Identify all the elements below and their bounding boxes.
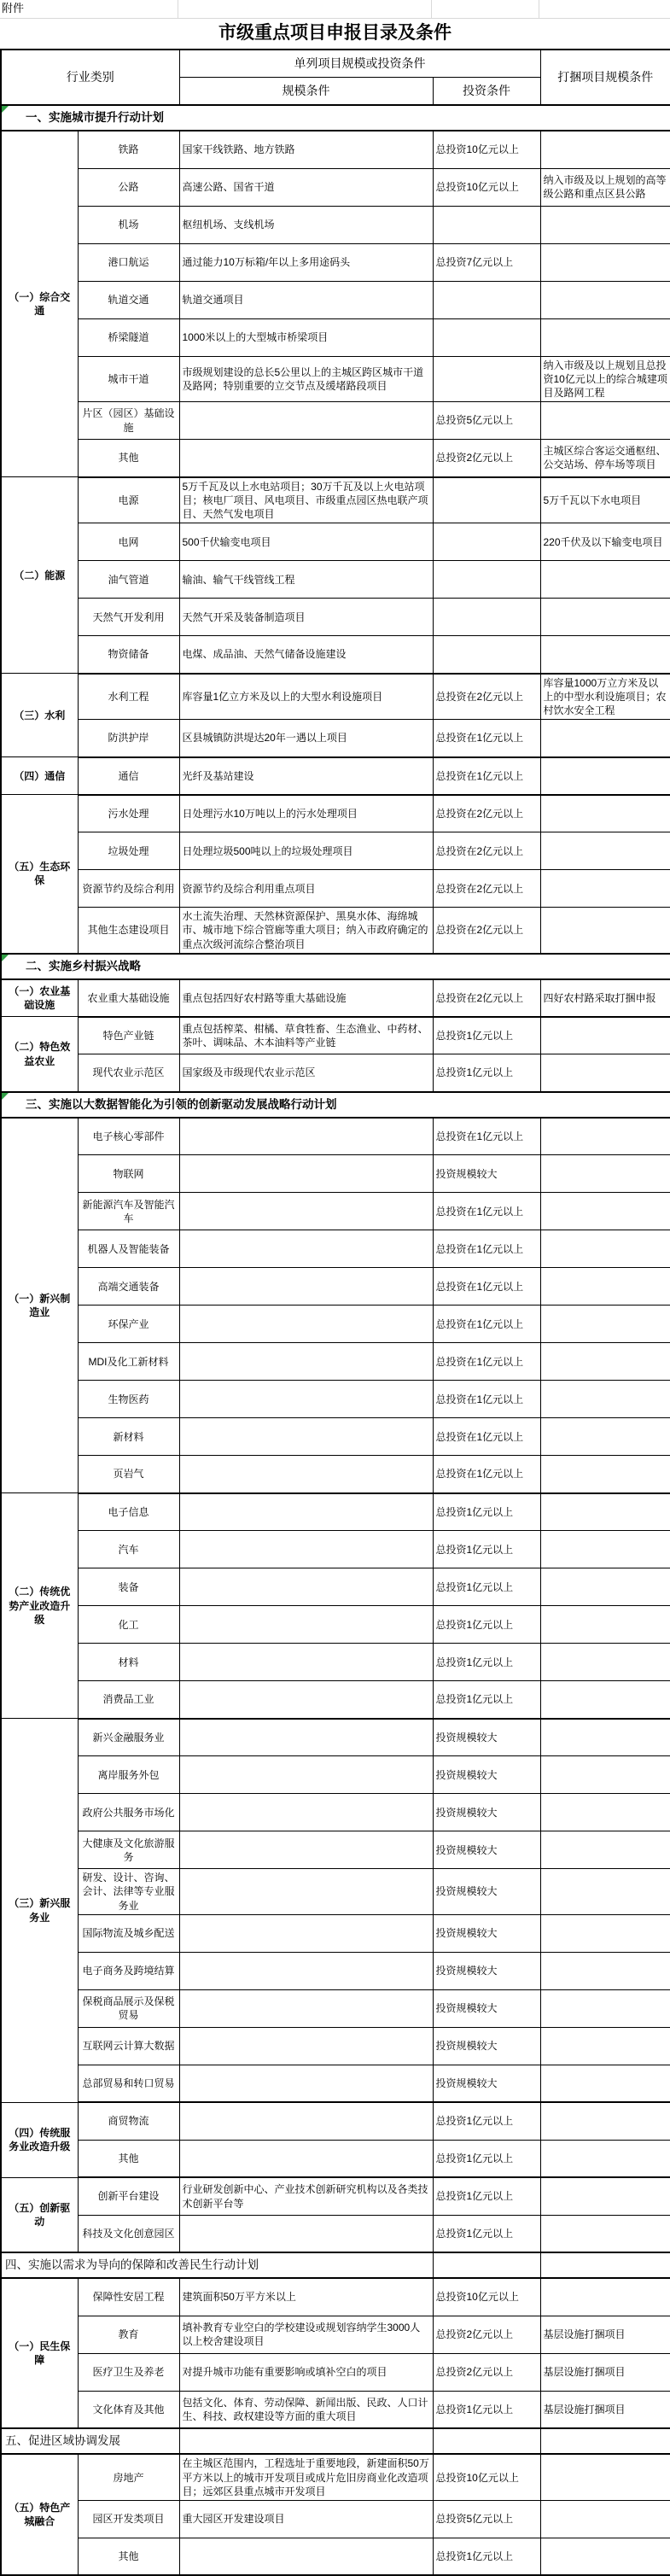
scale-condition-cell (179, 1456, 433, 1493)
invest-condition-cell: 总投资1亿元以上 (433, 2391, 540, 2428)
invest-condition-cell: 总投资在1亿元以上 (433, 1306, 540, 1343)
bundle-condition-cell (540, 318, 670, 356)
invest-condition-cell: 总投资7亿元以上 (433, 243, 540, 281)
table-row: 桥梁隧道1000米以上的大型城市桥梁项目 (1, 318, 670, 356)
bundle-condition-cell (540, 1794, 670, 1831)
bundle-condition-cell: 5万千瓦以下水电项目 (540, 477, 670, 523)
bundle-condition-cell (540, 1869, 670, 1915)
group-label-cell: （二）传统优势产业改造升级 (1, 1493, 78, 1719)
invest-condition-cell (433, 523, 540, 561)
subcategory-cell: 机器人及智能装备 (78, 1230, 179, 1268)
subcategory-cell: 物资储备 (78, 636, 179, 674)
table-row: 公路高速公路、国省干道总投资10亿元以上纳入市级及以上规划的高等级公路和重点区县… (1, 168, 670, 206)
invest-condition-cell: 投资规模较大 (433, 1869, 540, 1915)
subcategory-cell: 水利工程 (78, 674, 179, 720)
table-row: MDI及化工新材料总投资在1亿元以上 (1, 1343, 670, 1381)
scale-condition-cell (179, 1914, 433, 1952)
section-row: 五、促进区域协调发展 (1, 2428, 670, 2454)
subcategory-cell: 互联网云计算大数据 (78, 2027, 179, 2065)
scale-condition-cell: 输油、输气干线管线工程 (179, 561, 433, 599)
subcategory-cell: 其他生态建设项目 (78, 908, 179, 954)
subcategory-cell: 电子信息 (78, 1493, 179, 1531)
table-row: （四）传统服务业改造升级商贸物流总投资1亿元以上 (1, 2102, 670, 2140)
scale-condition-cell: 区县城镇防洪堤达20年一遇以上项目 (179, 720, 433, 757)
invest-condition-cell: 总投资在2亿元以上 (433, 870, 540, 908)
table-row: （一）新兴制造业电子核心零部件总投资在1亿元以上 (1, 1118, 670, 1155)
bundle-condition-cell (540, 1381, 670, 1418)
subcategory-cell: 环保产业 (78, 1306, 179, 1343)
table-row: 消费品工业总投资1亿元以上 (1, 1681, 670, 1719)
invest-condition-cell: 投资规模较大 (433, 1756, 540, 1794)
subcategory-cell: 高端交通装备 (78, 1268, 179, 1306)
subcategory-cell: 商贸物流 (78, 2102, 179, 2140)
page-title: 市级重点项目申报目录及条件 (0, 19, 670, 49)
bundle-condition-cell (540, 1531, 670, 1568)
subcategory-cell: 化工 (78, 1606, 179, 1644)
cell-error-marker-icon (2, 955, 9, 961)
scale-condition-cell (179, 1531, 433, 1568)
col-header-invest: 投资条件 (433, 78, 540, 106)
subcategory-cell: 政府公共服务市场化 (78, 1794, 179, 1831)
scale-condition-cell: 建筑面积50万平方米以上 (179, 2278, 433, 2316)
table-row: （三）新兴服务业新兴金融服务业投资规模较大 (1, 1719, 670, 1756)
table-row: 油气管道输油、输气干线管线工程 (1, 561, 670, 599)
bundle-condition-cell (540, 795, 670, 832)
subcategory-cell: 总部贸易和转口贸易 (78, 2065, 179, 2102)
scale-condition-cell: 500千伏输变电项目 (179, 523, 433, 561)
bundle-condition-cell (540, 1568, 670, 1606)
bundle-condition-cell (540, 832, 670, 870)
table-row: 电网500千伏输变电项目220千伏及以下输变电项目 (1, 523, 670, 561)
invest-condition-cell: 投资规模较大 (433, 1914, 540, 1952)
table-row: 片区（园区）基础设施总投资5亿元以上 (1, 402, 670, 440)
subcategory-cell: 油气管道 (78, 561, 179, 599)
subcategory-cell: 研发、设计、咨询、会计、法律等专业服务业 (78, 1869, 179, 1915)
invest-condition-cell: 总投资1亿元以上 (433, 1568, 540, 1606)
table-row: （二）传统优势产业改造升级电子信息总投资1亿元以上 (1, 1493, 670, 1531)
table-row: 其他总投资1亿元以上 (1, 2538, 670, 2575)
invest-condition-cell: 总投资10亿元以上 (433, 2454, 540, 2500)
invest-condition-cell: 总投资在1亿元以上 (433, 720, 540, 757)
bundle-condition-cell (540, 1989, 670, 2027)
scale-condition-cell (179, 2027, 433, 2065)
table-row: 汽车总投资1亿元以上 (1, 1531, 670, 1568)
bundle-condition-cell (540, 1914, 670, 1952)
scale-condition-cell: 枢纽机场、支线机场 (179, 206, 433, 243)
bundle-condition-cell (540, 1681, 670, 1719)
group-label-cell: （一）综合交通 (1, 131, 78, 477)
col-header-single-project: 单列项目规模或投资条件 (179, 50, 540, 78)
subcategory-cell: 生物医药 (78, 1381, 179, 1418)
invest-condition-cell: 投资规模较大 (433, 1719, 540, 1756)
cell-error-marker-icon (2, 1093, 9, 1100)
table-row: （五）特色产城融合房地产在主城区范围内，工程选址于重要地段，新建面积50万平方米… (1, 2454, 670, 2500)
invest-condition-cell: 总投资在2亿元以上 (433, 908, 540, 954)
invest-condition-cell: 总投资在1亿元以上 (433, 1381, 540, 1418)
scale-condition-cell: 库容量1亿立方米及以上的大型水利设施项目 (179, 674, 433, 720)
subcategory-cell: 防洪护岸 (78, 720, 179, 757)
group-label-cell: （一）农业基础设施 (1, 979, 78, 1017)
table-row: 政府公共服务市场化投资规模较大 (1, 1794, 670, 1831)
scale-condition-cell (179, 2215, 433, 2252)
subcategory-cell: 新材料 (78, 1418, 179, 1456)
scale-condition-cell: 通过能力10万标箱/年以上多用途码头 (179, 243, 433, 281)
invest-condition-cell: 总投资在1亿元以上 (433, 1118, 540, 1155)
subcategory-cell: 其他 (78, 440, 179, 477)
scale-condition-cell: 电煤、成品油、天然气储备设施建设 (179, 636, 433, 674)
table-row: 装备总投资1亿元以上 (1, 1568, 670, 1606)
section-title: 一、实施城市提升行动计划 (1, 105, 670, 131)
table-row: （一）民生保障保障性安居工程建筑面积50万平方米以上总投资10亿元以上 (1, 2278, 670, 2316)
subcategory-cell: 新能源汽车及智能汽车 (78, 1193, 179, 1230)
group-label-cell: （五）生态环保 (1, 795, 78, 954)
invest-condition-cell (433, 318, 540, 356)
invest-condition-cell: 投资规模较大 (433, 1794, 540, 1831)
invest-condition-cell: 总投资在1亿元以上 (433, 1193, 540, 1230)
scale-condition-cell (179, 1952, 433, 1989)
invest-condition-cell: 总投资2亿元以上 (433, 2316, 540, 2353)
invest-condition-cell: 投资规模较大 (433, 1155, 540, 1193)
project-directory-table: 行业类别 单列项目规模或投资条件 打捆项目规模条件 规模条件 投资条件 一、实施… (0, 49, 670, 2576)
scale-condition-cell: 高速公路、国省干道 (179, 168, 433, 206)
scale-condition-cell (179, 1869, 433, 1915)
invest-condition-cell: 总投资1亿元以上 (433, 1681, 540, 1719)
subcategory-cell: 医疗卫生及养老 (78, 2353, 179, 2391)
attachment-row: 附件 (0, 0, 670, 19)
table-row: 轨道交通轨道交通项目 (1, 281, 670, 318)
bundle-condition-cell (540, 1493, 670, 1531)
table-row: 保税商品展示及保税贸易投资规模较大 (1, 1989, 670, 2027)
scale-condition-cell (179, 2102, 433, 2140)
invest-condition-cell: 总投资1亿元以上 (433, 1644, 540, 1681)
subcategory-cell: 园区开发类项目 (78, 2500, 179, 2538)
scale-condition-cell: 对提升城市功能有重要影响或填补空白的项目 (179, 2353, 433, 2391)
bundle-condition-cell (540, 2027, 670, 2065)
group-label-cell: （一）新兴制造业 (1, 1118, 78, 1493)
subcategory-cell: 电子商务及跨境结算 (78, 1952, 179, 1989)
bundle-condition-cell (540, 1268, 670, 1306)
subcategory-cell: 片区（园区）基础设施 (78, 402, 179, 440)
subcategory-cell: 房地产 (78, 2454, 179, 2500)
bundle-condition-cell (540, 281, 670, 318)
scale-condition-cell: 重点包括榨菜、柑橘、草食牲畜、生态渔业、中药材、茶叶、调味品、木本油料等产业链 (179, 1017, 433, 1054)
scale-condition-cell (179, 1493, 433, 1531)
subcategory-cell: 保税商品展示及保税贸易 (78, 1989, 179, 2027)
scale-condition-cell: 国家级及市级现代农业示范区 (179, 1054, 433, 1092)
section-row: 三、实施以大数据智能化为引领的创新驱动发展战略行动计划 (1, 1092, 670, 1118)
subcategory-cell: 铁路 (78, 131, 179, 168)
table-row: 天然气开发利用天然气开采及装备制造项目 (1, 599, 670, 636)
invest-condition-cell (433, 477, 540, 523)
grid-cell (539, 0, 670, 18)
table-row: 生物医药总投资在1亿元以上 (1, 1381, 670, 1418)
bundle-condition-cell (540, 1418, 670, 1456)
section-title: 三、实施以大数据智能化为引领的创新驱动发展战略行动计划 (1, 1092, 670, 1118)
invest-condition-cell: 总投资10亿元以上 (433, 2278, 540, 2316)
group-label-cell: （五）创新驱动 (1, 2177, 78, 2252)
table-row: 页岩气总投资在1亿元以上 (1, 1456, 670, 1493)
table-row: 离岸服务外包投资规模较大 (1, 1756, 670, 1794)
scale-condition-cell (179, 1306, 433, 1343)
subcategory-cell: 科技及文化创意园区 (78, 2215, 179, 2252)
scale-condition-cell (179, 1230, 433, 1268)
bundle-condition-cell (540, 2177, 670, 2215)
bundle-condition-cell (540, 2500, 670, 2538)
bundle-condition-cell (540, 1017, 670, 1054)
bundle-condition-cell (540, 1831, 670, 1869)
table-row: 园区开发类项目重大园区开发建设项目总投资5亿元以上 (1, 2500, 670, 2538)
group-label-cell: （三）新兴服务业 (1, 1719, 78, 2103)
table-row: 国际物流及城乡配送投资规模较大 (1, 1914, 670, 1952)
table-row: 城市干道市级规划建设的总长5公里以上的主城区跨区城市干道及路网；特别重要的立交节… (1, 356, 670, 402)
table-row: （二）特色效益农业特色产业链重点包括榨菜、柑橘、草食牲畜、生态渔业、中药材、茶叶… (1, 1017, 670, 1054)
subcategory-cell: 垃圾处理 (78, 832, 179, 870)
group-label-cell: （五）特色产城融合 (1, 2454, 78, 2575)
table-row: 资源节约及综合利用资源节约及综合利用重点项目总投资在2亿元以上 (1, 870, 670, 908)
scale-condition-cell (179, 2538, 433, 2575)
bundle-condition-cell (540, 1118, 670, 1155)
invest-condition-cell: 总投资在1亿元以上 (433, 1418, 540, 1456)
invest-condition-cell: 总投资5亿元以上 (433, 402, 540, 440)
scale-condition-cell: 行业研发创新中心、产业技术创新研究机构以及各类技术创新平台等 (179, 2177, 433, 2215)
bundle-condition-cell (540, 1719, 670, 1756)
bundle-condition-cell (540, 1343, 670, 1381)
bundle-condition-cell (540, 908, 670, 954)
scale-condition-cell (179, 440, 433, 477)
bundle-condition-cell: 纳入市级及以上规划且总投资10亿元以上的综合城建项目及路网工程 (540, 356, 670, 402)
subcategory-cell: 天然气开发利用 (78, 599, 179, 636)
invest-condition-cell: 总投资1亿元以上 (433, 2177, 540, 2215)
scale-condition-cell (179, 1756, 433, 1794)
scale-condition-cell: 资源节约及综合利用重点项目 (179, 870, 433, 908)
scale-condition-cell: 市级规划建设的总长5公里以上的主城区跨区城市干道及路网；特别重要的立交节点及缓堵… (179, 356, 433, 402)
subcategory-cell: 装备 (78, 1568, 179, 1606)
bundle-condition-cell: 基层设施打捆项目 (540, 2391, 670, 2428)
scale-condition-cell (179, 1193, 433, 1230)
scale-condition-cell: 重点包括四好农村路等重大基础设施 (179, 979, 433, 1017)
invest-condition-cell: 总投资1亿元以上 (433, 2140, 540, 2177)
grid-cell (178, 0, 432, 18)
table-row: 现代农业示范区国家级及市级现代农业示范区总投资1亿元以上 (1, 1054, 670, 1092)
section-title: 四、实施以需求为导向的保障和改善民生行动计划 (1, 2252, 433, 2278)
bundle-condition-cell (540, 599, 670, 636)
table-row: 化工总投资1亿元以上 (1, 1606, 670, 1644)
subcategory-cell: 电子核心零部件 (78, 1118, 179, 1155)
invest-condition-cell: 总投资在1亿元以上 (433, 1230, 540, 1268)
subcategory-cell: 消费品工业 (78, 1681, 179, 1719)
subcategory-cell: 其他 (78, 2140, 179, 2177)
header-row-1: 行业类别 单列项目规模或投资条件 打捆项目规模条件 (1, 50, 670, 78)
scale-condition-cell: 天然气开采及装备制造项目 (179, 599, 433, 636)
table-row: （四）通信通信光纤及基站建设总投资在1亿元以上 (1, 757, 670, 795)
subcategory-cell: 材料 (78, 1644, 179, 1681)
section-row: 四、实施以需求为导向的保障和改善民生行动计划 (1, 2252, 670, 2278)
invest-condition-cell: 总投资在1亿元以上 (433, 757, 540, 795)
bundle-condition-cell (540, 206, 670, 243)
invest-condition-cell (433, 561, 540, 599)
bundle-condition-cell (540, 870, 670, 908)
cell-error-marker-icon (2, 106, 9, 113)
bundle-condition-cell: 基层设施打捆项目 (540, 2353, 670, 2391)
invest-condition-cell: 总投资1亿元以上 (433, 2215, 540, 2252)
scale-condition-cell: 光纤及基站建设 (179, 757, 433, 795)
table-row: 物联网投资规模较大 (1, 1155, 670, 1193)
invest-condition-cell: 投资规模较大 (433, 1952, 540, 1989)
scale-condition-cell (179, 1606, 433, 1644)
bundle-condition-cell (540, 131, 670, 168)
bundle-condition-cell (540, 1306, 670, 1343)
subcategory-cell: 通信 (78, 757, 179, 795)
subcategory-cell: 教育 (78, 2316, 179, 2353)
bundle-condition-cell (540, 636, 670, 674)
scale-condition-cell (179, 1719, 433, 1756)
table-row: （五）创新驱动创新平台建设行业研发创新中心、产业技术创新研究机构以及各类技术创新… (1, 2177, 670, 2215)
subcategory-cell: 保障性安居工程 (78, 2278, 179, 2316)
bundle-condition-cell: 四好农村路采取打捆申报 (540, 979, 670, 1017)
scale-condition-cell: 填补教育专业空白的学校建设或规划容纳学生3000人以上校舍建设项目 (179, 2316, 433, 2353)
invest-condition-cell: 总投资在2亿元以上 (433, 674, 540, 720)
invest-condition-cell (433, 281, 540, 318)
scale-condition-cell (179, 2065, 433, 2102)
table-row: 互联网云计算大数据投资规模较大 (1, 2027, 670, 2065)
bundle-condition-cell (540, 1756, 670, 1794)
invest-condition-cell (433, 636, 540, 674)
invest-condition-cell: 总投资在1亿元以上 (433, 1268, 540, 1306)
invest-condition-cell: 总投资在1亿元以上 (433, 1343, 540, 1381)
table-row: （一）综合交通铁路国家干线铁路、地方铁路总投资10亿元以上 (1, 131, 670, 168)
scale-condition-cell (179, 1644, 433, 1681)
bundle-condition-cell (540, 2278, 670, 2316)
bundle-condition-cell (540, 1644, 670, 1681)
scale-condition-cell: 日处理垃圾500吨以上的垃圾处理项目 (179, 832, 433, 870)
invest-condition-cell: 总投资10亿元以上 (433, 168, 540, 206)
subcategory-cell: 资源节约及综合利用 (78, 870, 179, 908)
invest-condition-cell: 总投资1亿元以上 (433, 2538, 540, 2575)
invest-condition-cell: 总投资10亿元以上 (433, 131, 540, 168)
invest-condition-cell: 总投资1亿元以上 (433, 1054, 540, 1092)
table-row: 物资储备电煤、成品油、天然气储备设施建设 (1, 636, 670, 674)
table-row: 文化体育及其他包括文化、体育、劳动保障、新闻出版、民政、人口计生、科技、政权建设… (1, 2391, 670, 2428)
invest-condition-cell: 投资规模较大 (433, 2027, 540, 2065)
bundle-condition-cell (540, 1054, 670, 1092)
table-row: 新能源汽车及智能汽车总投资在1亿元以上 (1, 1193, 670, 1230)
scale-condition-cell: 5万千瓦及以上水电站项目；30万千瓦及以上火电站项目；核电厂项目、风电项目、市级… (179, 477, 433, 523)
empty-cell (433, 2428, 540, 2454)
invest-condition-cell: 总投资5亿元以上 (433, 2500, 540, 2538)
empty-cell (433, 2252, 540, 2278)
table-row: 教育填补教育专业空白的学校建设或规划容纳学生3000人以上校舍建设项目总投资2亿… (1, 2316, 670, 2353)
group-label-cell: （三）水利 (1, 674, 78, 757)
invest-condition-cell: 投资规模较大 (433, 1989, 540, 2027)
subcategory-cell: 公路 (78, 168, 179, 206)
table-row: （二）能源电源5万千瓦及以上水电站项目；30万千瓦及以上火电站项目；核电厂项目、… (1, 477, 670, 523)
col-header-bundled: 打捆项目规模条件 (540, 50, 670, 105)
invest-condition-cell: 投资规模较大 (433, 1831, 540, 1869)
scale-condition-cell (179, 1118, 433, 1155)
table-row: 大健康及文化旅游服务投资规模较大 (1, 1831, 670, 1869)
invest-condition-cell (433, 356, 540, 402)
document-page: 附件 市级重点项目申报目录及条件 行业类别 单列项目规模或投资条件 打捆项目规模… (0, 0, 670, 2576)
table-row: 其他总投资1亿元以上 (1, 2140, 670, 2177)
subcategory-cell: 特色产业链 (78, 1017, 179, 1054)
bundle-condition-cell (540, 561, 670, 599)
table-row: 环保产业总投资在1亿元以上 (1, 1306, 670, 1343)
scale-condition-cell: 轨道交通项目 (179, 281, 433, 318)
scale-condition-cell: 包括文化、体育、劳动保障、新闻出版、民政、人口计生、科技、政权建设等方面的重大项… (179, 2391, 433, 2428)
invest-condition-cell: 总投资1亿元以上 (433, 1606, 540, 1644)
bundle-condition-cell (540, 1155, 670, 1193)
section-row: 一、实施城市提升行动计划 (1, 105, 670, 131)
scale-condition-cell (179, 1568, 433, 1606)
table-row: 总部贸易和转口贸易投资规模较大 (1, 2065, 670, 2102)
table-row: 医疗卫生及养老对提升城市功能有重要影响或填补空白的项目总投资2亿元以上基层设施打… (1, 2353, 670, 2391)
bundle-condition-cell (540, 2065, 670, 2102)
section-title: 二、实施乡村振兴战略 (1, 954, 670, 979)
attachment-label: 附件 (0, 0, 178, 18)
table-row: （五）生态环保污水处理日处理污水10万吨以上的污水处理项目总投资在2亿元以上 (1, 795, 670, 832)
scale-condition-cell: 国家干线铁路、地方铁路 (179, 131, 433, 168)
subcategory-cell: 机场 (78, 206, 179, 243)
subcategory-cell: 电网 (78, 523, 179, 561)
bundle-condition-cell: 基层设施打捆项目 (540, 2316, 670, 2353)
table-row: 机场枢纽机场、支线机场 (1, 206, 670, 243)
col-header-scale: 规模条件 (179, 78, 433, 106)
invest-condition-cell: 总投资2亿元以上 (433, 2353, 540, 2391)
scale-condition-cell (179, 1343, 433, 1381)
bundle-condition-cell (540, 1606, 670, 1644)
bundle-condition-cell (540, 243, 670, 281)
invest-condition-cell: 投资规模较大 (433, 2065, 540, 2102)
invest-condition-cell: 总投资在1亿元以上 (433, 1456, 540, 1493)
scale-condition-cell (179, 1989, 433, 2027)
group-label-cell: （四）传统服务业改造升级 (1, 2102, 78, 2177)
scale-condition-cell: 在主城区范围内，工程选址于重要地段，新建面积50万平方米以上的城市开发项目或成片… (179, 2454, 433, 2500)
scale-condition-cell (179, 1794, 433, 1831)
table-row: 港口航运通过能力10万标箱/年以上多用途码头总投资7亿元以上 (1, 243, 670, 281)
bundle-condition-cell (540, 1193, 670, 1230)
empty-cell (179, 2428, 433, 2454)
invest-condition-cell: 总投资1亿元以上 (433, 1531, 540, 1568)
table-row: 材料总投资1亿元以上 (1, 1644, 670, 1681)
table-row: （一）农业基础设施农业重大基础设施重点包括四好农村路等重大基础设施总投资在2亿元… (1, 979, 670, 1017)
bundle-condition-cell: 库容量1000万立方米及以上的中型水利设施项目；农村饮水安全工程 (540, 674, 670, 720)
table-row: 高端交通装备总投资在1亿元以上 (1, 1268, 670, 1306)
table-row: 研发、设计、咨询、会计、法律等专业服务业投资规模较大 (1, 1869, 670, 1915)
invest-condition-cell: 总投资1亿元以上 (433, 1493, 540, 1531)
subcategory-cell: 文化体育及其他 (78, 2391, 179, 2428)
subcategory-cell: 港口航运 (78, 243, 179, 281)
subcategory-cell: 轨道交通 (78, 281, 179, 318)
subcategory-cell: 桥梁隧道 (78, 318, 179, 356)
group-label-cell: （一）民生保障 (1, 2278, 78, 2428)
subcategory-cell: 页岩气 (78, 1456, 179, 1493)
scale-condition-cell (179, 1831, 433, 1869)
invest-condition-cell: 总投资1亿元以上 (433, 1017, 540, 1054)
bundle-condition-cell (540, 2140, 670, 2177)
subcategory-cell: 新兴金融服务业 (78, 1719, 179, 1756)
bundle-condition-cell (540, 2102, 670, 2140)
table-row: 新材料总投资在1亿元以上 (1, 1418, 670, 1456)
subcategory-cell: MDI及化工新材料 (78, 1343, 179, 1381)
table-row: 其他生态建设项目水土流失治理、天然林资源保护、黑臭水体、海绵城市、城市地下综合管… (1, 908, 670, 954)
bundle-condition-cell (540, 757, 670, 795)
invest-condition-cell: 总投资1亿元以上 (433, 2102, 540, 2140)
bundle-condition-cell (540, 2215, 670, 2252)
group-label-cell: （四）通信 (1, 757, 78, 795)
subcategory-cell: 离岸服务外包 (78, 1756, 179, 1794)
scale-condition-cell (179, 2140, 433, 2177)
subcategory-cell: 国际物流及城乡配送 (78, 1914, 179, 1952)
